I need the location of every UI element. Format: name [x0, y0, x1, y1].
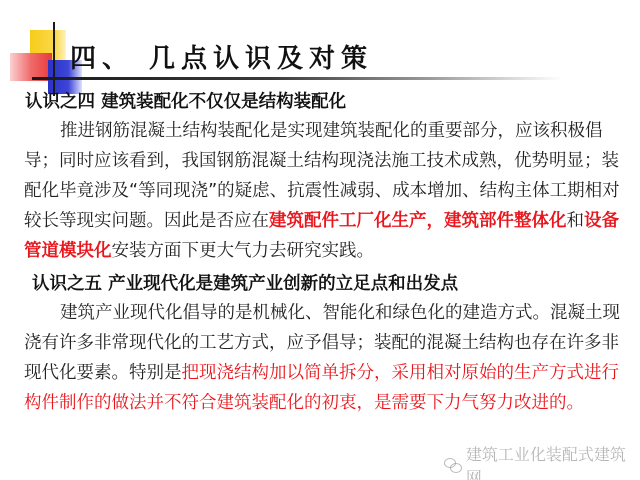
watermark: 建筑工业化装配式建筑网 [444, 442, 640, 480]
title-underline [32, 77, 562, 80]
section4-heading: 认识之四 建筑装配化不仅仅是结构装配化 [25, 88, 624, 116]
slide-title: 四、 几点认识及对策 [70, 38, 373, 75]
wechat-icon [444, 458, 462, 472]
highlight-text: 建筑配件工厂化生产，建筑部件整体化 [269, 211, 567, 231]
decor-vertical-line [53, 22, 55, 96]
text-run: 和 [567, 211, 585, 231]
section5-heading: 认识之五 产业现代化是建筑产业创新的立足点和出发点 [32, 270, 624, 298]
section4-paragraph: 推进钢筋混凝土结构装配化是实现建筑装配化的重要部分，应该积极倡导；同时应该看到，… [24, 116, 624, 266]
slide-content: 认识之四 建筑装配化不仅仅是结构装配化 推进钢筋混凝土结构装配化是实现建筑装配化… [24, 88, 624, 418]
section5-paragraph: 建筑产业现代化倡导的是机械化、智能化和绿色化的建造方式。混凝土现浇有许多非常现代… [24, 298, 624, 418]
text-run: 安装方面下更大气力去研究实践。 [112, 241, 375, 261]
watermark-text: 建筑工业化装配式建筑网 [466, 442, 640, 480]
